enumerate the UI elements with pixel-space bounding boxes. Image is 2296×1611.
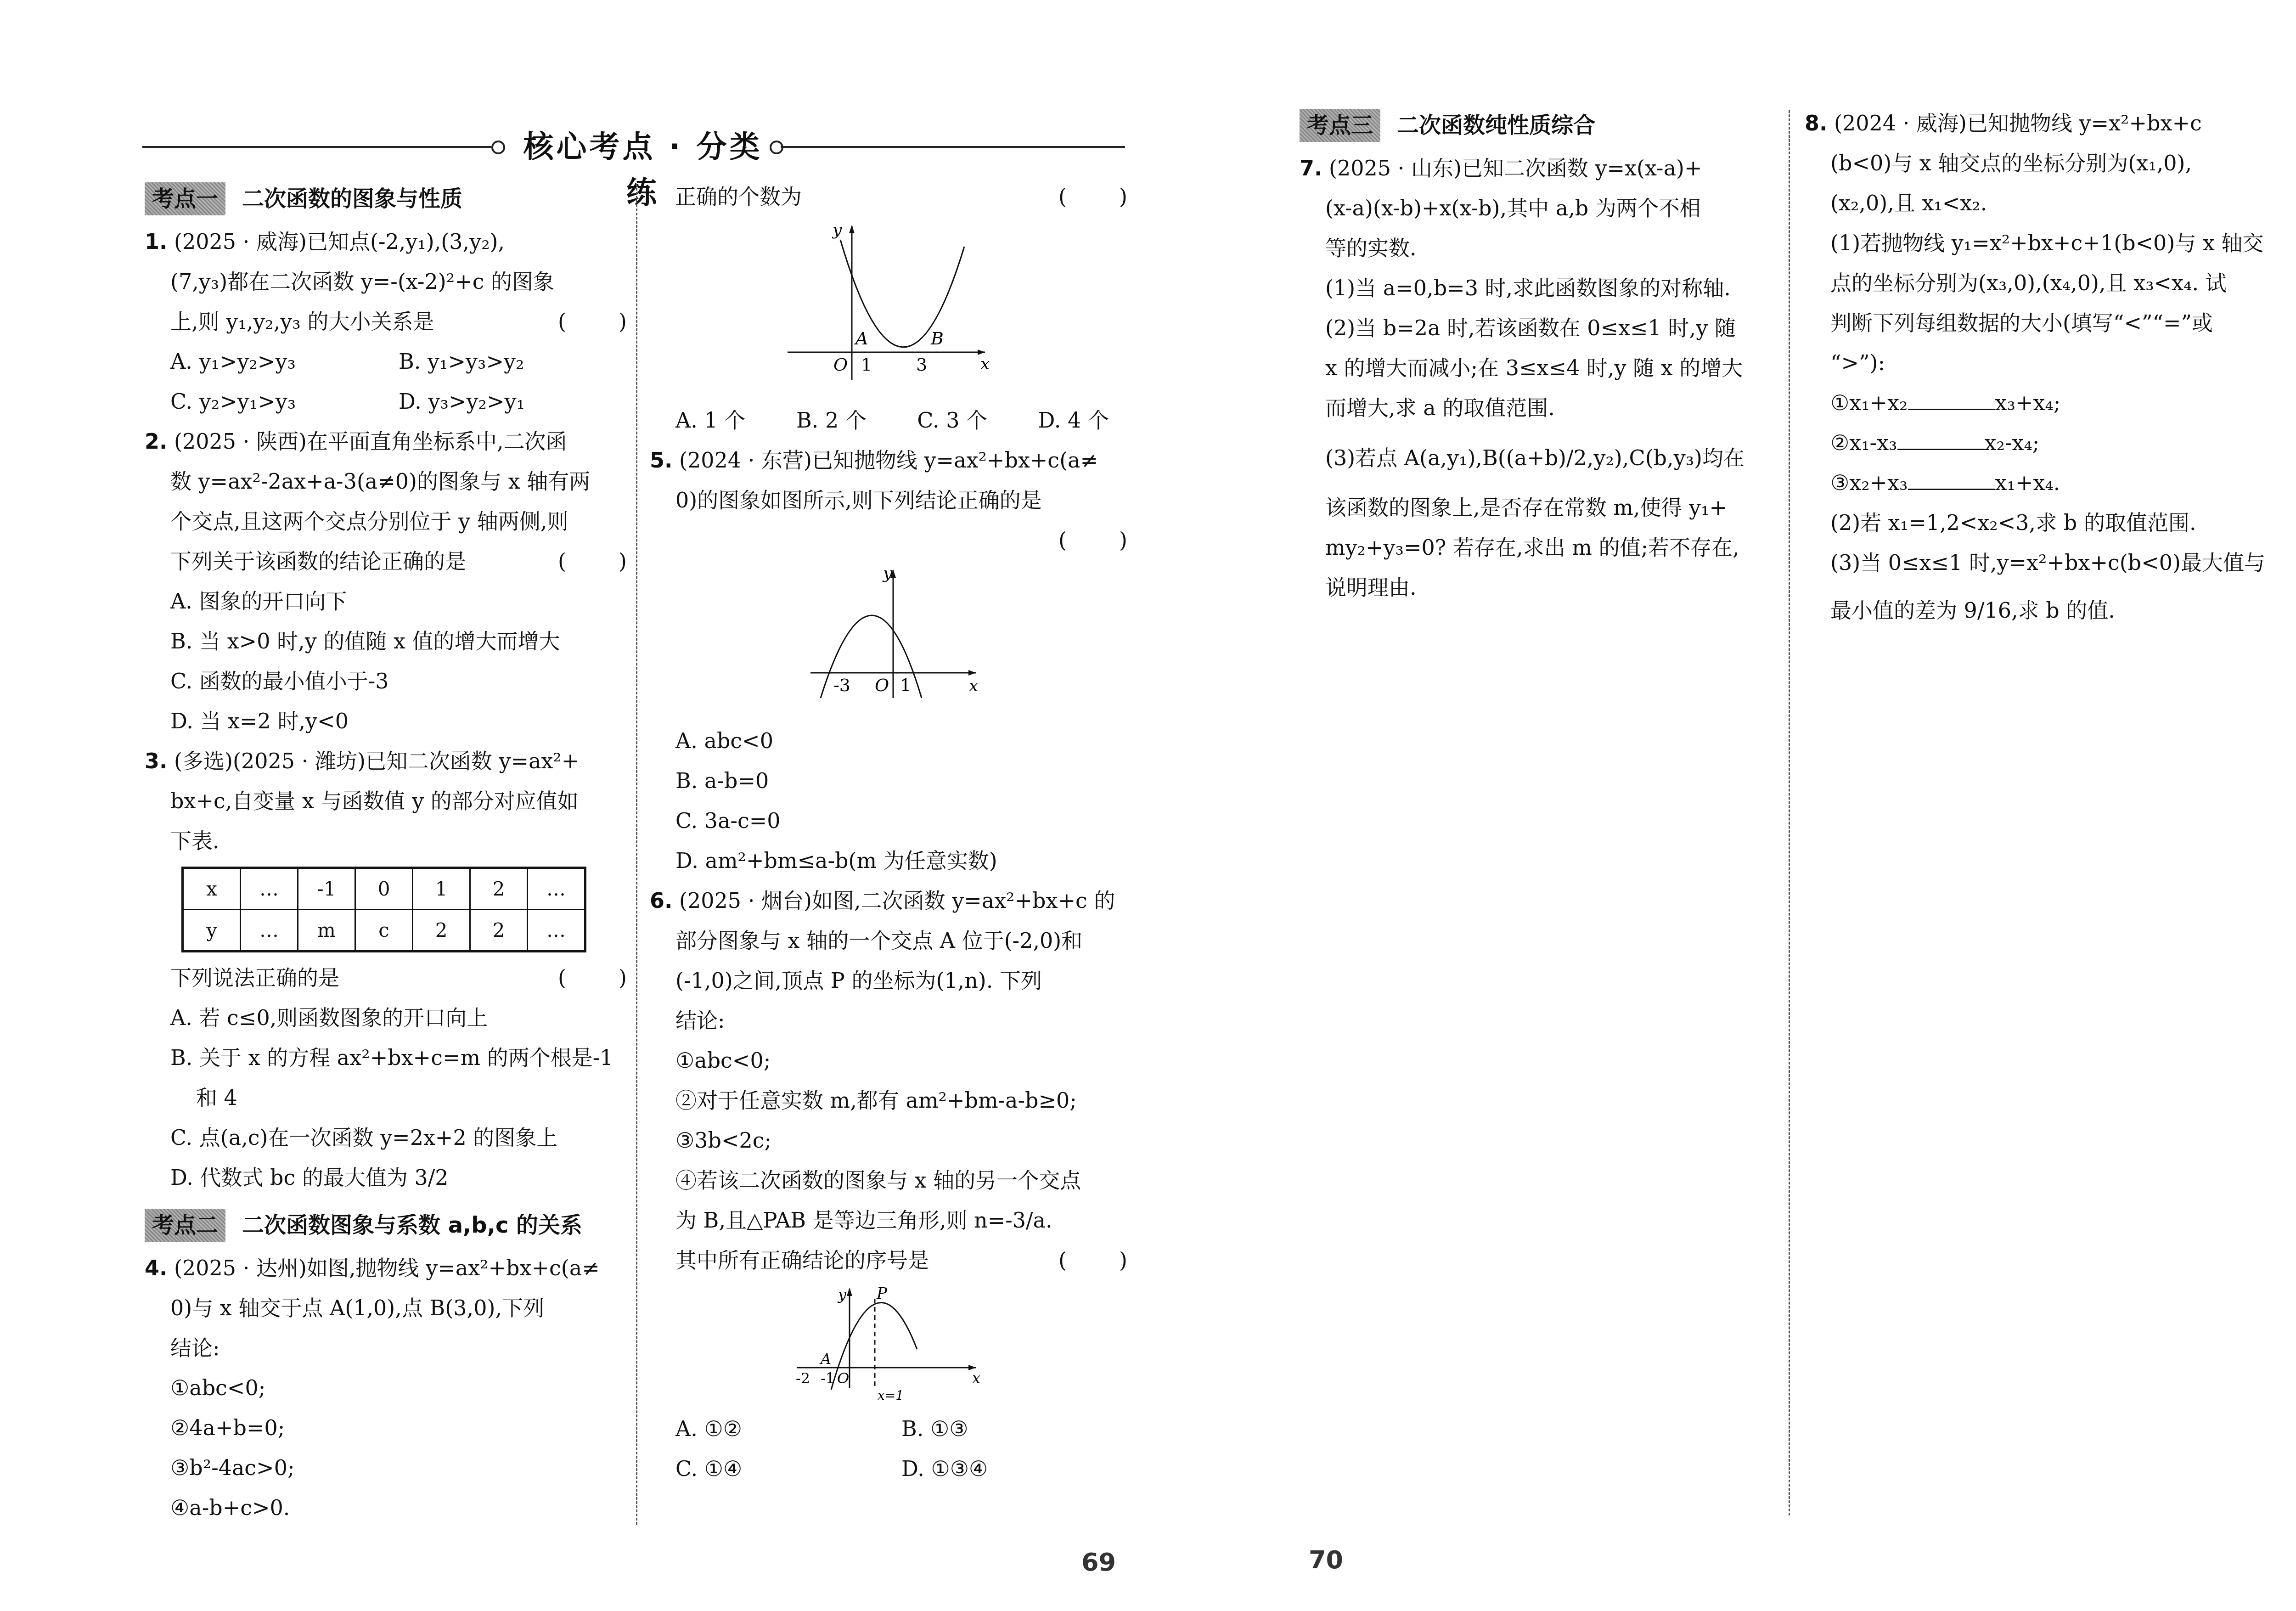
table-cell: …: [528, 868, 585, 910]
table-cell: …: [241, 868, 298, 910]
svg-text:O: O: [875, 675, 889, 695]
option-c: C. 3a-c=0: [650, 801, 1127, 841]
sub-question: 该函数的图象上,是否存在常数 m,使得 y₁+: [1300, 488, 1777, 528]
question-number: 7.: [1300, 156, 1322, 180]
answer-bracket[interactable]: (): [1058, 520, 1127, 560]
fill-left: ③x₂+x₃: [1830, 470, 1908, 495]
page-number-left: 69: [1081, 1548, 1116, 1577]
svg-text:P: P: [876, 1285, 888, 1303]
question-5: 5. (2024 · 东营)已知抛物线 y=ax²+bx+c(a≠ 0)的图象如…: [650, 440, 1127, 881]
question-text: (-1,0)之间,顶点 P 的坐标为(1,n). 下列: [650, 961, 1127, 1001]
question-text: (7,y₃)都在二次函数 y=-(x-2)²+c 的图象: [145, 262, 627, 302]
sub-question: (2)当 b=2a 时,若该函数在 0≤x≤1 时,y 随: [1300, 308, 1777, 348]
question-4: 4. (2025 · 达州)如图,抛物线 y=ax²+bx+c(a≠ 0)与 x…: [145, 1248, 627, 1528]
answer-blank[interactable]: [1908, 470, 1995, 490]
question-number: 4.: [145, 1256, 167, 1280]
section-title: 二次函数图象与系数 a,b,c 的关系: [242, 1205, 582, 1245]
svg-text:x=1: x=1: [878, 1388, 904, 1403]
option-c: C. ①④: [675, 1449, 901, 1489]
table-cell: 1: [413, 868, 470, 910]
question-text: bx+c,自变量 x 与函数值 y 的部分对应值如: [145, 781, 627, 821]
question-number: 8.: [1805, 111, 1827, 135]
section-3-heading: 考点三 二次函数纯性质综合: [1300, 107, 1777, 144]
option-c: C. y₂>y₁>y₃: [170, 382, 399, 422]
fill-blank-row: ②x₁-x₃x₂-x₄;: [1805, 423, 2291, 463]
option-d: D. 当 x=2 时,y<0: [145, 701, 627, 741]
table-row: x … -1 0 1 2 …: [183, 868, 585, 910]
svg-text:A: A: [854, 328, 868, 349]
conclusion-item: ①abc<0;: [650, 1041, 1127, 1081]
option-a: A. y₁>y₂>y₃: [170, 342, 399, 382]
question-6: 6. (2025 · 烟台)如图,二次函数 y=ax²+bx+c 的 部分图象与…: [650, 881, 1127, 1489]
svg-text:y: y: [882, 565, 893, 583]
table-cell: c: [355, 910, 413, 952]
svg-text:O: O: [833, 355, 848, 375]
q5-parabola-figure: y -3 O 1 x: [783, 565, 994, 716]
svg-text:-1: -1: [821, 1369, 835, 1387]
value-table: x … -1 0 1 2 … y … m c 2 2 …: [181, 867, 586, 952]
question-text: (b<0)与 x 轴交点的坐标分别为(x₁,0),: [1805, 143, 2291, 183]
conclusion-item: ②对于任意实数 m,都有 am²+bm-a-b≥0;: [650, 1081, 1127, 1121]
option-b: B. 2 个: [796, 400, 867, 440]
sub-question: (3)若点 A(a,y₁),B((a+b)/2,y₂),C(b,y₃)均在: [1300, 428, 1777, 488]
question-text: (2025 · 山东)已知二次函数 y=x(x-a)+: [1329, 156, 1702, 180]
q4-parabola-figure: y A B O 1 3 x: [783, 221, 994, 396]
question-text: 0)与 x 轴交于点 A(1,0),点 B(3,0),下列: [145, 1288, 627, 1328]
question-8: 8. (2024 · 威海)已知抛物线 y=x²+bx+c (b<0)与 x 轴…: [1805, 103, 2291, 638]
question-text: (多选)(2025 · 潍坊)已知二次函数 y=ax²+: [174, 749, 579, 773]
conclusion-item: 为 B,且△PAB 是等边三角形,则 n=-3/a.: [650, 1200, 1127, 1240]
sub-question: 最小值的差为 9/16,求 b 的值.: [1805, 583, 2291, 638]
option-c: C. 函数的最小值小于-3: [145, 661, 627, 701]
sub-question: my₂+y₃=0? 若存在,求出 m 的值;若不存在,: [1300, 528, 1777, 568]
conclusion-item: ④若该二次函数的图象与 x 轴的另一个交点: [650, 1160, 1127, 1200]
question-text: 下表.: [145, 821, 627, 861]
question-text: (2025 · 陕西)在平面直角坐标系中,二次函: [174, 429, 567, 454]
fill-left: ①x₁+x₂: [1830, 390, 1908, 415]
question-text: (2024 · 东营)已知抛物线 y=ax²+bx+c(a≠: [679, 448, 1098, 473]
sub-question: (3)当 0≤x≤1 时,y=x²+bx+c(b<0)最大值与: [1805, 543, 2291, 583]
sub-question: “>”):: [1805, 343, 2291, 383]
fill-blank-row: ①x₁+x₂x₃+x₄;: [1805, 383, 2291, 423]
question-text: (2025 · 烟台)如图,二次函数 y=ax²+bx+c 的: [679, 888, 1115, 913]
question-7: 7. (2025 · 山东)已知二次函数 y=x(x-a)+ (x-a)(x-b…: [1300, 148, 1777, 608]
question-number: 1.: [145, 229, 167, 254]
question-text: 部分图象与 x 轴的一个交点 A 位于(-2,0)和: [650, 921, 1127, 961]
answer-bracket[interactable]: (): [558, 541, 627, 581]
question-text: 个交点,且这两个交点分别位于 y 轴两侧,则: [145, 501, 627, 541]
svg-text:y: y: [837, 1286, 847, 1303]
conclusion-item: ①abc<0;: [145, 1368, 627, 1408]
table-cell: 2: [470, 910, 528, 952]
table-cell: …: [528, 910, 585, 952]
sub-question: 说明理由.: [1300, 568, 1777, 608]
option-a: A. abc<0: [650, 721, 1127, 761]
table-cell: 0: [355, 868, 413, 910]
conclusion-item: ④a-b+c>0.: [145, 1488, 627, 1528]
column-2: 正确的个数为() y A B O 1 3 x A. 1 个B. 2 个C. 3 …: [650, 177, 1127, 1489]
svg-text:x: x: [972, 1369, 980, 1387]
question-text: 等的实数.: [1300, 228, 1777, 268]
column-1: 考点一 二次函数的图象与性质 1. (2025 · 威海)已知点(-2,y₁),…: [145, 177, 627, 1528]
question-text: (x₂,0),且 x₁<x₂.: [1805, 183, 2291, 223]
answer-blank[interactable]: [1897, 430, 1985, 450]
option-a: A. 1 个: [675, 400, 745, 440]
sub-question: 判断下列每组数据的大小(填写“<”“=”或: [1805, 303, 2291, 343]
fill-right: x₃+x₄;: [1995, 390, 2061, 415]
svg-text:A: A: [819, 1350, 831, 1368]
question-text: 结论:: [145, 1328, 627, 1368]
svg-text:1: 1: [900, 675, 911, 695]
fill-blank-row: ③x₂+x₃x₁+x₄.: [1805, 463, 2291, 503]
question-number: 5.: [650, 448, 672, 473]
fill-right: x₁+x₄.: [1995, 470, 2060, 495]
question-text: 0)的图象如图所示,则下列结论正确的是: [650, 480, 1127, 520]
option-d: D. am²+bm≤a-b(m 为任意实数): [650, 841, 1127, 881]
section-badge: 考点一: [145, 182, 225, 215]
axis-label-y: y: [832, 221, 842, 239]
option-b: B. y₁>y₃>y₂: [399, 342, 627, 382]
sub-question: (1)当 a=0,b=3 时,求此函数图象的对称轴.: [1300, 268, 1777, 308]
table-cell: -1: [298, 868, 355, 910]
header-ring-icon: [491, 141, 505, 154]
answer-bracket[interactable]: (): [1058, 177, 1127, 217]
table-row: y … m c 2 2 …: [183, 910, 585, 952]
question-number: 3.: [145, 749, 167, 773]
option-d: D. 代数式 bc 的最大值为 3/2: [145, 1158, 627, 1198]
parabola-graph: y P A -2 -1 O x x=1: [792, 1285, 985, 1404]
option-d: D. y₃>y₂>y₁: [399, 382, 627, 422]
answer-bracket[interactable]: (): [558, 302, 627, 342]
svg-text:x: x: [980, 355, 990, 373]
header-rule-left: [142, 146, 491, 148]
question-text: (2025 · 威海)已知点(-2,y₁),(3,y₂),: [174, 229, 505, 254]
question-text: (2025 · 达州)如图,抛物线 y=ax²+bx+c(a≠: [174, 1256, 600, 1280]
question-text: (2024 · 威海)已知抛物线 y=x²+bx+c: [1834, 111, 2202, 135]
column-divider: [636, 184, 637, 1525]
sub-question: (2)若 x₁=1,2<x₂<3,求 b 的取值范围.: [1805, 503, 2291, 543]
question-text: 下列说法正确的是: [170, 965, 339, 990]
question-1: 1. (2025 · 威海)已知点(-2,y₁),(3,y₂), (7,y₃)都…: [145, 222, 627, 422]
svg-text:-3: -3: [833, 675, 850, 695]
svg-text:B: B: [930, 328, 944, 349]
column-4: 8. (2024 · 威海)已知抛物线 y=x²+bx+c (b<0)与 x 轴…: [1805, 103, 2291, 638]
table-cell: 2: [470, 868, 528, 910]
svg-text:-2: -2: [796, 1369, 810, 1387]
option-b: B. 当 x>0 时,y 的值随 x 值的增大而增大: [145, 621, 627, 661]
table-cell: 2: [413, 910, 470, 952]
section-badge: 考点三: [1300, 109, 1380, 142]
question-text: 下列关于该函数的结论正确的是: [170, 549, 466, 574]
header-rule-right: [781, 146, 1125, 148]
option-b: B. ①③: [901, 1409, 1127, 1449]
page-number-right: 70: [1309, 1545, 1343, 1574]
column-3: 考点三 二次函数纯性质综合 7. (2025 · 山东)已知二次函数 y=x(x…: [1300, 103, 1777, 608]
option-a: A. ①②: [675, 1409, 901, 1449]
question-3: 3. (多选)(2025 · 潍坊)已知二次函数 y=ax²+ bx+c,自变量…: [145, 741, 627, 1198]
option-b-continued: 和 4: [145, 1078, 627, 1118]
question-text: 正确的个数为: [675, 184, 802, 209]
section-badge: 考点二: [145, 1209, 225, 1242]
table-cell: y: [183, 910, 241, 952]
svg-text:x: x: [969, 676, 978, 695]
sub-question: x 的增大而减小;在 3≤x≤4 时,y 随 x 的增大: [1300, 348, 1777, 388]
section-2-heading: 考点二 二次函数图象与系数 a,b,c 的关系: [145, 1207, 627, 1244]
answer-bracket[interactable]: (): [558, 958, 627, 998]
question-number: 6.: [650, 888, 672, 913]
conclusion-item: ③3b<2c;: [650, 1121, 1127, 1160]
fill-left: ②x₁-x₃: [1830, 430, 1897, 455]
option-c: C. 3 个: [917, 400, 987, 440]
page-header: 核心考点 · 分类练: [142, 124, 1125, 170]
section-1-heading: 考点一 二次函数的图象与性质: [145, 180, 627, 217]
svg-text:O: O: [837, 1369, 849, 1387]
question-text: 数 y=ax²-2ax+a-3(a≠0)的图象与 x 轴有两: [145, 462, 627, 501]
sub-question: (1)若抛物线 y₁=x²+bx+c+1(b<0)与 x 轴交: [1805, 223, 2291, 263]
column-divider: [1789, 110, 1790, 1515]
conclusion-item: ③b²-4ac>0;: [145, 1448, 627, 1488]
section-title: 二次函数纯性质综合: [1397, 106, 1595, 146]
option-d: D. ①③④: [901, 1449, 1127, 1489]
question-text: 上,则 y₁,y₂,y₃ 的大小关系是: [170, 309, 434, 334]
question-2: 2. (2025 · 陕西)在平面直角坐标系中,二次函 数 y=ax²-2ax+…: [145, 422, 627, 741]
section-title: 二次函数的图象与性质: [242, 179, 462, 219]
answer-bracket[interactable]: (): [1058, 1240, 1127, 1280]
parabola-graph: y -3 O 1 x: [783, 565, 994, 716]
sub-question: 而增大,求 a 的取值范围.: [1300, 388, 1777, 428]
option-b: B. 关于 x 的方程 ax²+bx+c=m 的两个根是-1: [145, 1038, 627, 1078]
table-cell: x: [183, 868, 241, 910]
option-c: C. 点(a,c)在一次函数 y=2x+2 的图象上: [145, 1118, 627, 1158]
table-cell: m: [298, 910, 355, 952]
svg-text:1: 1: [861, 355, 872, 375]
table-cell: …: [241, 910, 298, 952]
parabola-graph: y A B O 1 3 x: [783, 221, 994, 396]
conclusion-item: ②4a+b=0;: [145, 1408, 627, 1448]
option-d: D. 4 个: [1038, 400, 1109, 440]
fill-right: x₂-x₄;: [1985, 430, 2040, 455]
answer-blank[interactable]: [1908, 390, 1995, 410]
sub-question: 点的坐标分别为(x₃,0),(x₄,0),且 x₃<x₄. 试: [1805, 263, 2291, 303]
question-number: 2.: [145, 429, 167, 454]
option-b: B. a-b=0: [650, 761, 1127, 801]
option-a: A. 若 c≤0,则函数图象的开口向上: [145, 998, 627, 1038]
question-text: 结论:: [650, 1001, 1127, 1041]
option-a: A. 图象的开口向下: [145, 581, 627, 621]
question-text: 其中所有正确结论的序号是: [675, 1248, 929, 1273]
question-text: (x-a)(x-b)+x(x-b),其中 a,b 为两个不相: [1300, 188, 1777, 228]
svg-text:3: 3: [916, 355, 927, 375]
q6-parabola-figure: y P A -2 -1 O x x=1: [792, 1285, 985, 1404]
